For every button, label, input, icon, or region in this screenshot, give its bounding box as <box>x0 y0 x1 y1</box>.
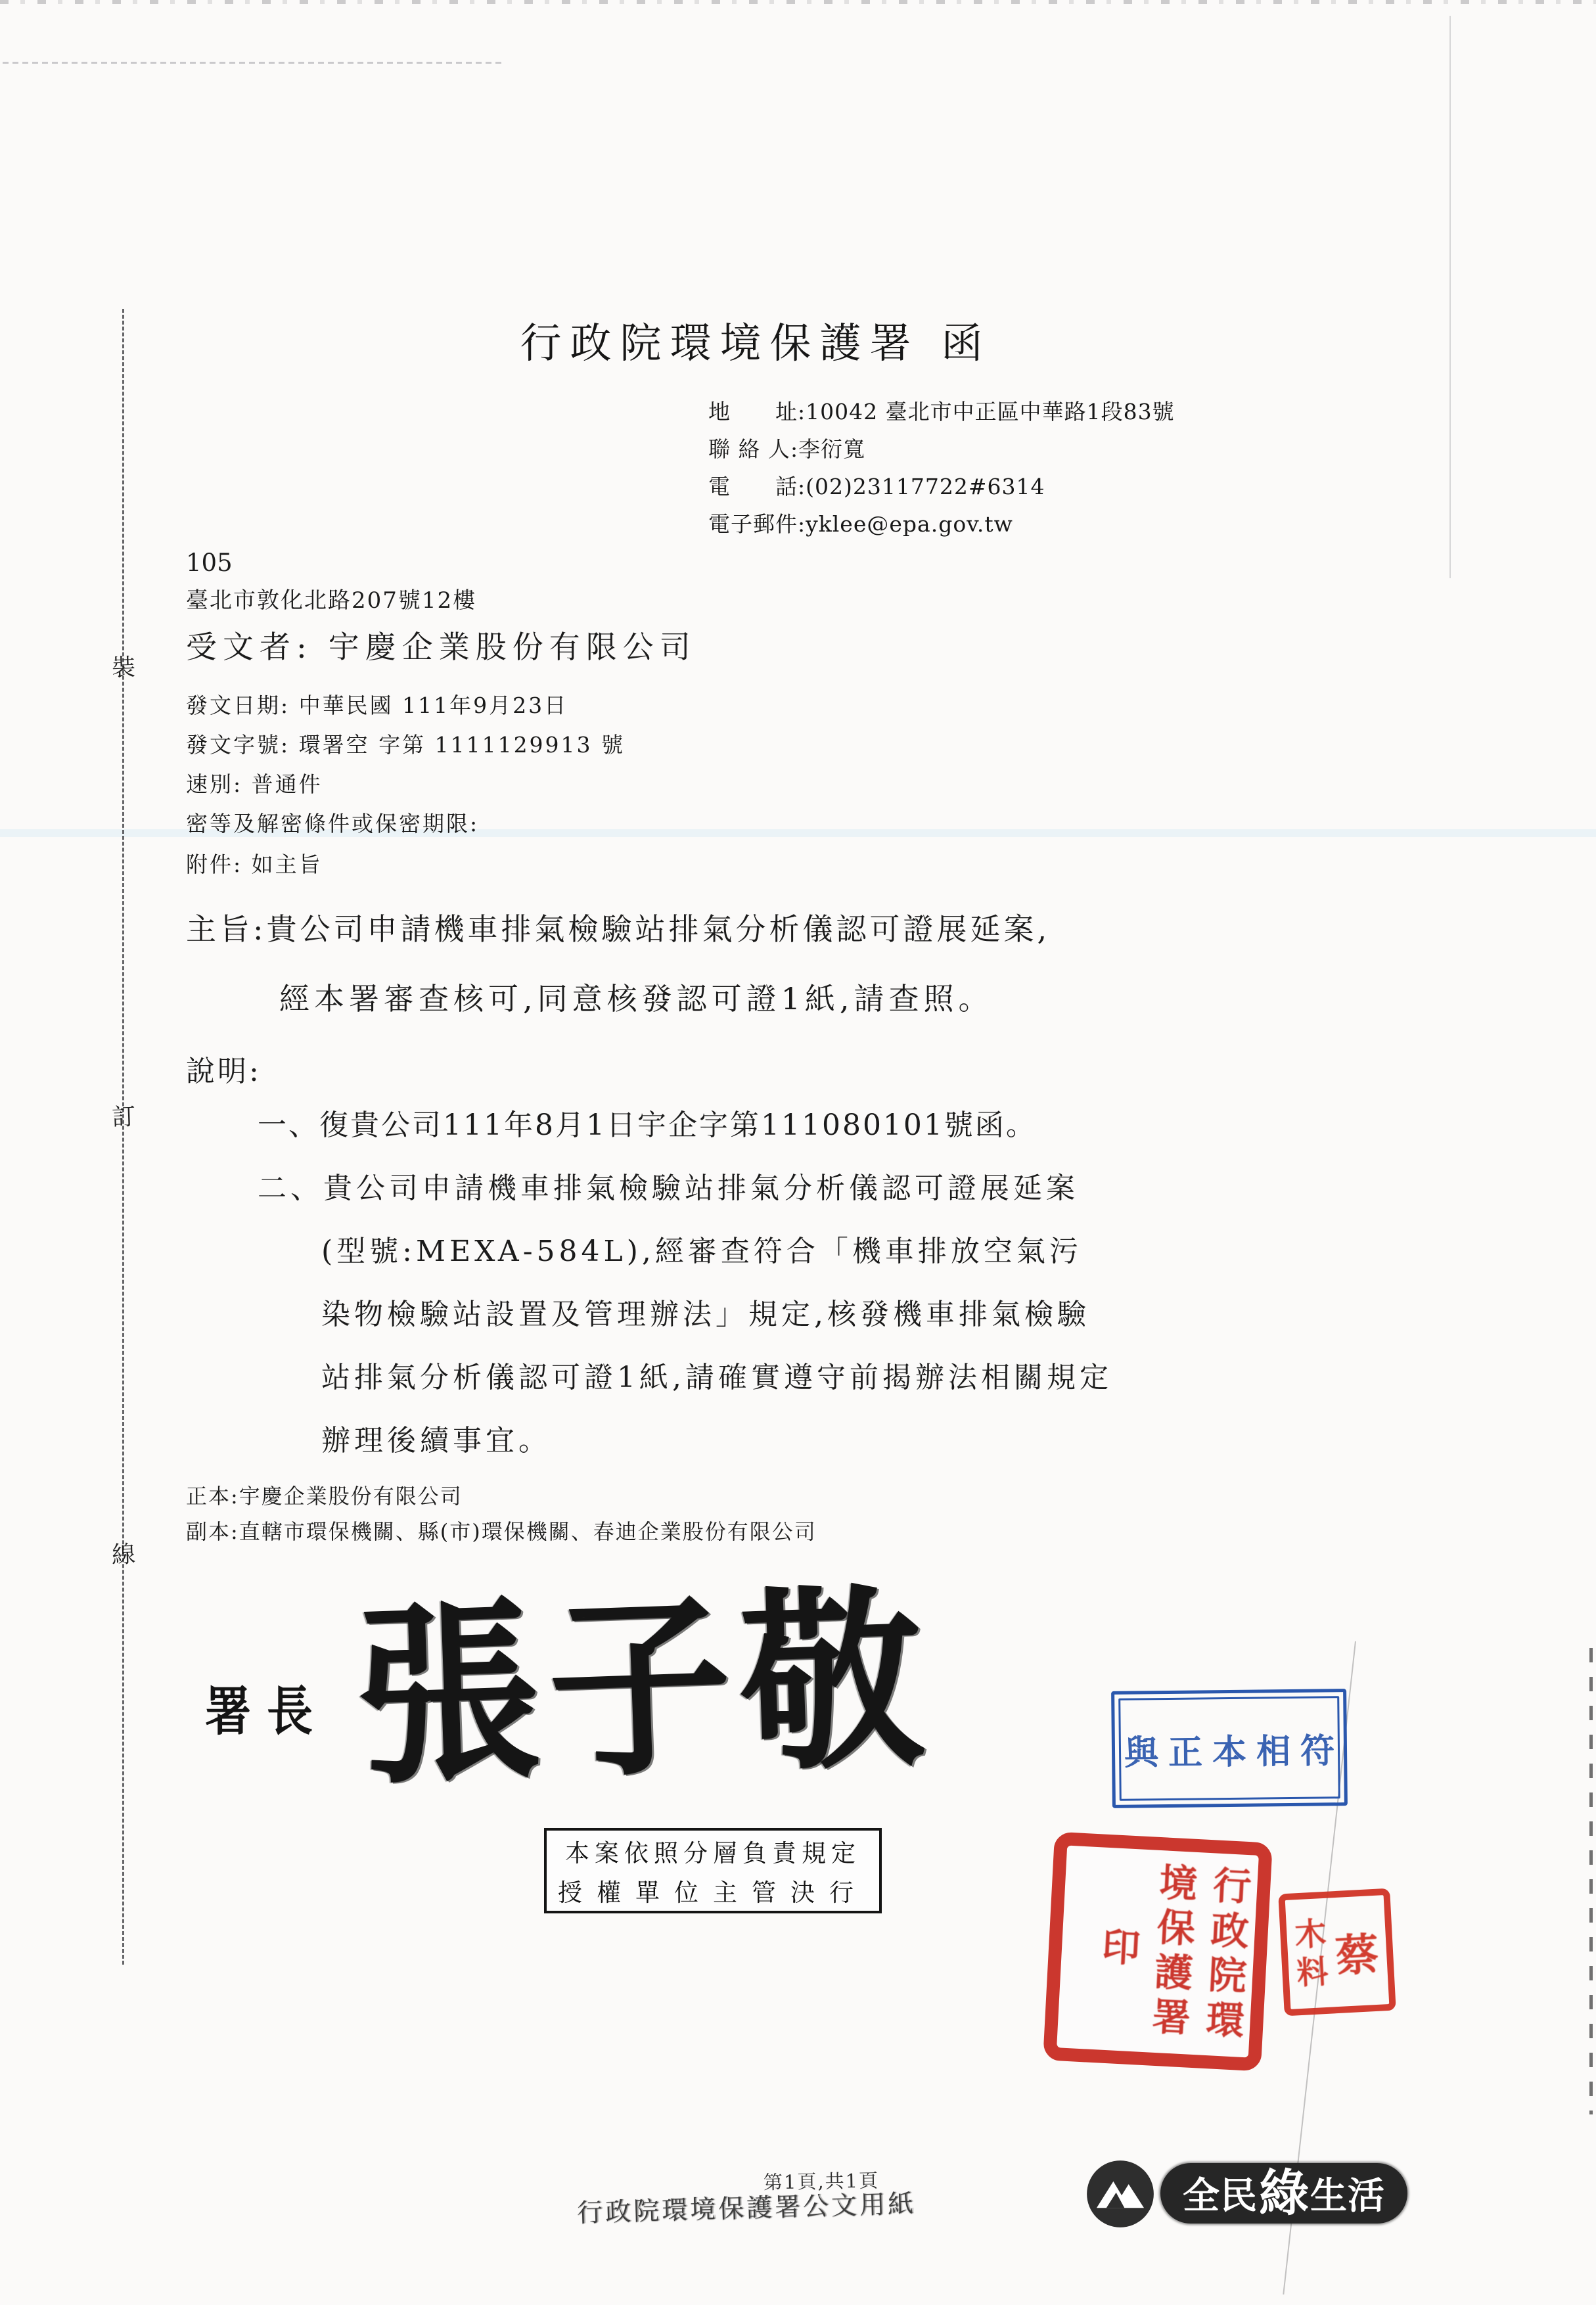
scan-noise-top <box>0 0 1596 4</box>
delegation-line-1: 本案依照分層負責規定 <box>565 1833 861 1869</box>
explanation-item-1: 一、復貴公司111年8月1日宇企字第111080101號函。 <box>258 1101 1037 1143</box>
scan-edge-marks <box>1589 1648 1593 2114</box>
green-life-logo-badge: 全民 綠 生活 <box>1160 2163 1407 2224</box>
explanation-item-2-line-4: 站排氣分析儀認可證1紙,請確實遵守前揭辦法相關規定 <box>321 1354 1112 1396</box>
mountain-icon <box>1085 2159 1155 2229</box>
meta-classification: 密等及解密條件或保密期限: <box>186 807 479 838</box>
minister-title: 署長 <box>205 1669 329 1745</box>
explanation-item-2-line-2: (型號:MEXA-584L),經審查符合「機車排放空氣污 <box>321 1227 1082 1269</box>
meta-doc-number: 發文字號: 環署空 字第 1111129913 號 <box>186 728 625 759</box>
meta-priority: 速別: 普通件 <box>186 767 323 798</box>
letter-title: 行政院環境保護署 函 <box>460 310 1051 370</box>
personal-name-seal-column: 木 料 <box>1294 1915 1329 1992</box>
binding-mark-xian: 線 <box>104 1536 143 1570</box>
paper-name: 行政院環境保護署公文用紙 <box>576 2183 916 2229</box>
agency-seal-text: 行政院環境保護署印 <box>1058 1848 1257 2055</box>
sender-contact-line: 聯 絡 人:李衍寬 <box>708 430 1175 468</box>
green-life-logo-icon <box>1085 2159 1155 2229</box>
subject-line-2: 經本署審查核可,同意核發認可證1紙,請查照。 <box>279 975 993 1018</box>
copy-certification-stamp: 與正本相符 <box>1111 1689 1348 1808</box>
logo-text-part-1: 全民 <box>1183 2167 1258 2220</box>
explanation-heading: 說明: <box>186 1047 262 1089</box>
personal-name-seal: 蔡 木 料 <box>1278 1888 1396 2017</box>
sender-address-line: 地 址:10042 臺北市中正區中華路1段83號 <box>708 393 1175 430</box>
copy-original-line: 正本:宇慶企業股份有限公司 <box>186 1480 463 1510</box>
delegation-line-2: 授權單位主管決行 <box>558 1873 868 1908</box>
personal-name-seal-char-2: 木 <box>1294 1915 1327 1954</box>
scan-scratch-line <box>3 62 505 64</box>
explanation-item-2-line-3: 染物檢驗站設置及管理辦法」規定,核發機車排氣檢驗 <box>321 1290 1090 1333</box>
explanation-item-2-line-5: 辦理後續事宜。 <box>321 1417 551 1459</box>
sender-phone-line: 電 話:(02)23117722#6314 <box>708 468 1175 505</box>
binding-dotted-line <box>122 309 124 1965</box>
meta-attachment: 附件: 如主旨 <box>186 848 323 879</box>
meta-issue-date: 發文日期: 中華民國 111年9月23日 <box>186 689 568 719</box>
binding-mark-zhuang: 裝 <box>104 649 143 683</box>
recipient-address: 臺北市敦化北路207號12樓 <box>186 582 476 614</box>
sender-email-line: 電子郵件:yklee@epa.gov.tw <box>708 505 1175 543</box>
binding-mark-ding: 訂 <box>104 1098 143 1133</box>
agency-seal: 行政院環境保護署印 <box>1043 1832 1273 2072</box>
delegation-box: 本案依照分層負責規定 授權單位主管決行 <box>544 1828 882 1913</box>
recipient-line: 受文者: 宇慶企業股份有限公司 <box>186 623 696 667</box>
minister-signature: 張子敬 <box>352 1522 936 1821</box>
sender-info-block: 地 址:10042 臺北市中正區中華路1段83號 聯 絡 人:李衍寬 電 話:(… <box>708 393 1175 543</box>
logo-text-part-3: 生活 <box>1310 2167 1385 2220</box>
logo-text-part-2: 綠 <box>1259 2153 1309 2225</box>
personal-name-seal-char-1: 蔡 <box>1334 1919 1380 1983</box>
subject-line-1: 主旨:貴公司申請機車排氣檢驗站排氣分析儀認可證展延案, <box>186 905 1050 949</box>
copy-certification-stamp-text: 與正本相符 <box>1114 1723 1345 1775</box>
recipient-zip: 105 <box>186 549 233 577</box>
explanation-item-2-line-1: 二、貴公司申請機車排氣檢驗站排氣分析儀認可證展延案 <box>258 1164 1079 1206</box>
personal-name-seal-char-3: 料 <box>1296 1953 1329 1992</box>
scan-vertical-line <box>1449 16 1451 578</box>
copy-certification-stamp-frame: 與正本相符 <box>1118 1696 1340 1801</box>
